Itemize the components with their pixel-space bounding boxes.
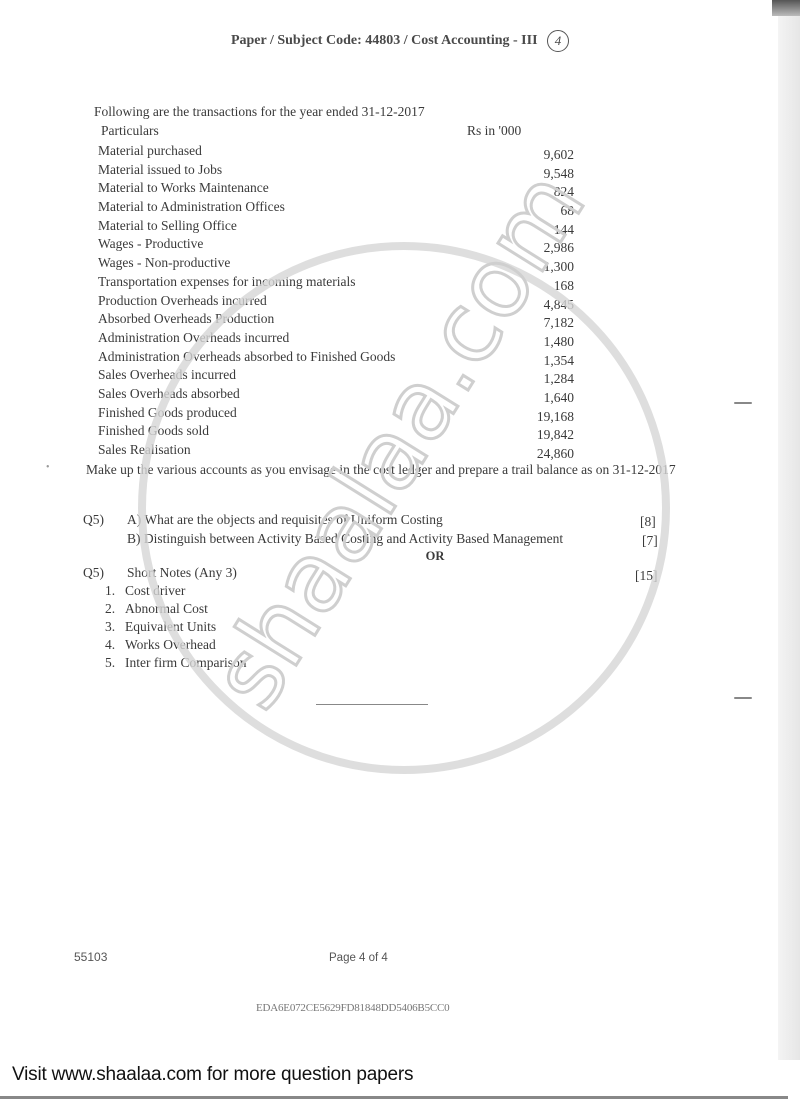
table-row: Finished Goods produced19,168: [98, 405, 574, 424]
list-item: 4.Works Overhead: [105, 637, 246, 655]
row-label: Material issued to Jobs: [98, 162, 222, 178]
table-row: Finished Goods sold19,842: [98, 423, 574, 442]
paper-code: 55103: [74, 950, 107, 964]
list-text: Works Overhead: [125, 637, 216, 652]
list-number: 5.: [105, 655, 125, 671]
row-label: Administration Overheads incurred: [98, 330, 289, 346]
bullet-mark: •: [46, 462, 50, 473]
table-row: Material purchased9,602: [98, 143, 574, 162]
list-item: 5.Inter firm Comparison: [105, 655, 246, 673]
list-number: 2.: [105, 601, 125, 617]
row-label: Wages - Non-productive: [98, 255, 230, 271]
list-number: 1.: [105, 583, 125, 599]
row-label: Sales Overheads absorbed: [98, 386, 240, 402]
question-5a: A) What are the objects and requisites o…: [127, 512, 443, 528]
row-value: 2,986: [544, 240, 574, 256]
row-value: 9,548: [544, 166, 574, 182]
or-separator: OR: [0, 549, 800, 564]
table-row: Wages - Non-productive1,300: [98, 255, 574, 274]
punch-mark: [734, 697, 752, 699]
row-label: Absorbed Overheads Production: [98, 311, 274, 327]
scan-edge-shadow: [778, 0, 800, 1060]
question-5: Q5): [83, 512, 104, 528]
problem-intro: Following are the transactions for the y…: [94, 104, 425, 120]
short-notes-list: 1.Cost driver2.Abnormal Cost3.Equivalent…: [105, 583, 246, 673]
row-value: 1,354: [544, 353, 574, 369]
row-value: 824: [554, 184, 574, 200]
table-row: Transportation expenses for incoming mat…: [98, 274, 574, 293]
question-5-alt-marks: [15]: [635, 568, 658, 584]
table-row: Production Overheads incurred4,845: [98, 293, 574, 312]
end-rule: [316, 704, 428, 705]
row-label: Material purchased: [98, 143, 202, 159]
row-label: Administration Overheads absorbed to Fin…: [98, 349, 395, 365]
table-row: Material to Selling Office144: [98, 218, 574, 237]
table-row: Wages - Productive2,986: [98, 236, 574, 255]
list-number: 3.: [105, 619, 125, 635]
list-item: 2.Abnormal Cost: [105, 601, 246, 619]
question-5b-marks: [7]: [642, 533, 658, 549]
table-row: Administration Overheads absorbed to Fin…: [98, 349, 574, 368]
problem-instruction: Make up the various accounts as you envi…: [86, 461, 676, 478]
row-label: Sales Realisation: [98, 442, 191, 458]
question-5-alt-number: Q5): [83, 565, 104, 581]
table-row: Sales Overheads absorbed1,640: [98, 386, 574, 405]
row-value: 19,842: [537, 427, 574, 443]
row-value: 1,284: [544, 371, 574, 387]
table-row: Administration Overheads incurred1,480: [98, 330, 574, 349]
list-text: Cost driver: [125, 583, 185, 598]
row-value: 9,602: [544, 147, 574, 163]
circled-question-number: 4: [547, 30, 569, 52]
row-value: 7,182: [544, 315, 574, 331]
row-value: 68: [561, 203, 575, 219]
question-5-alt-title: Short Notes (Any 3): [127, 565, 237, 581]
transactions-table: Material purchased9,602Material issued t…: [98, 143, 574, 461]
row-value: 4,845: [544, 297, 574, 313]
question-5a-marks: [8]: [640, 514, 656, 530]
row-label: Finished Goods sold: [98, 423, 209, 439]
list-item: 1.Cost driver: [105, 583, 246, 601]
row-label: Transportation expenses for incoming mat…: [98, 274, 355, 290]
row-label: Material to Selling Office: [98, 218, 237, 234]
row-value: 144: [554, 222, 574, 238]
scan-corner-shadow: [772, 0, 800, 16]
row-label: Production Overheads incurred: [98, 293, 267, 309]
table-row: Sales Realisation24,860: [98, 442, 574, 461]
list-text: Equivalent Units: [125, 619, 216, 634]
punch-mark: [734, 402, 752, 404]
row-value: 1,640: [544, 390, 574, 406]
row-label: Sales Overheads incurred: [98, 367, 236, 383]
row-label: Material to Administration Offices: [98, 199, 285, 215]
row-value: 1,300: [544, 259, 574, 275]
list-item: 3.Equivalent Units: [105, 619, 246, 637]
row-label: Finished Goods produced: [98, 405, 237, 421]
row-value: 168: [554, 278, 574, 294]
table-row: Absorbed Overheads Production7,182: [98, 311, 574, 330]
list-text: Abnormal Cost: [125, 601, 208, 616]
table-row: Material to Works Maintenance824: [98, 180, 574, 199]
question-5b: B) Distinguish between Activity Based Co…: [127, 531, 563, 547]
row-value: 1,480: [544, 334, 574, 350]
column-amount: Rs in '000: [467, 123, 521, 139]
promo-banner: Visit www.shaalaa.com for more question …: [0, 1058, 788, 1099]
list-text: Inter firm Comparison: [125, 655, 246, 670]
table-header: Particulars Rs in '000: [101, 123, 581, 139]
column-particulars: Particulars: [101, 123, 159, 138]
paper-title: Paper / Subject Code: 44803 / Cost Accou…: [231, 33, 538, 48]
row-value: 24,860: [537, 446, 574, 462]
paper-header: Paper / Subject Code: 44803 / Cost Accou…: [0, 30, 800, 52]
row-value: 19,168: [537, 409, 574, 425]
question-number: Q5): [83, 512, 104, 527]
row-label: Wages - Productive: [98, 236, 203, 252]
page-number: Page 4 of 4: [329, 952, 388, 964]
document-hash: EDA6E072CE5629FD81848DD5406B5CC0: [256, 1002, 449, 1014]
table-row: Material to Administration Offices68: [98, 199, 574, 218]
list-number: 4.: [105, 637, 125, 653]
table-row: Material issued to Jobs9,548: [98, 162, 574, 181]
row-label: Material to Works Maintenance: [98, 180, 269, 196]
table-row: Sales Overheads incurred1,284: [98, 367, 574, 386]
promo-link[interactable]: Visit www.shaalaa.com for more question …: [12, 1064, 413, 1086]
